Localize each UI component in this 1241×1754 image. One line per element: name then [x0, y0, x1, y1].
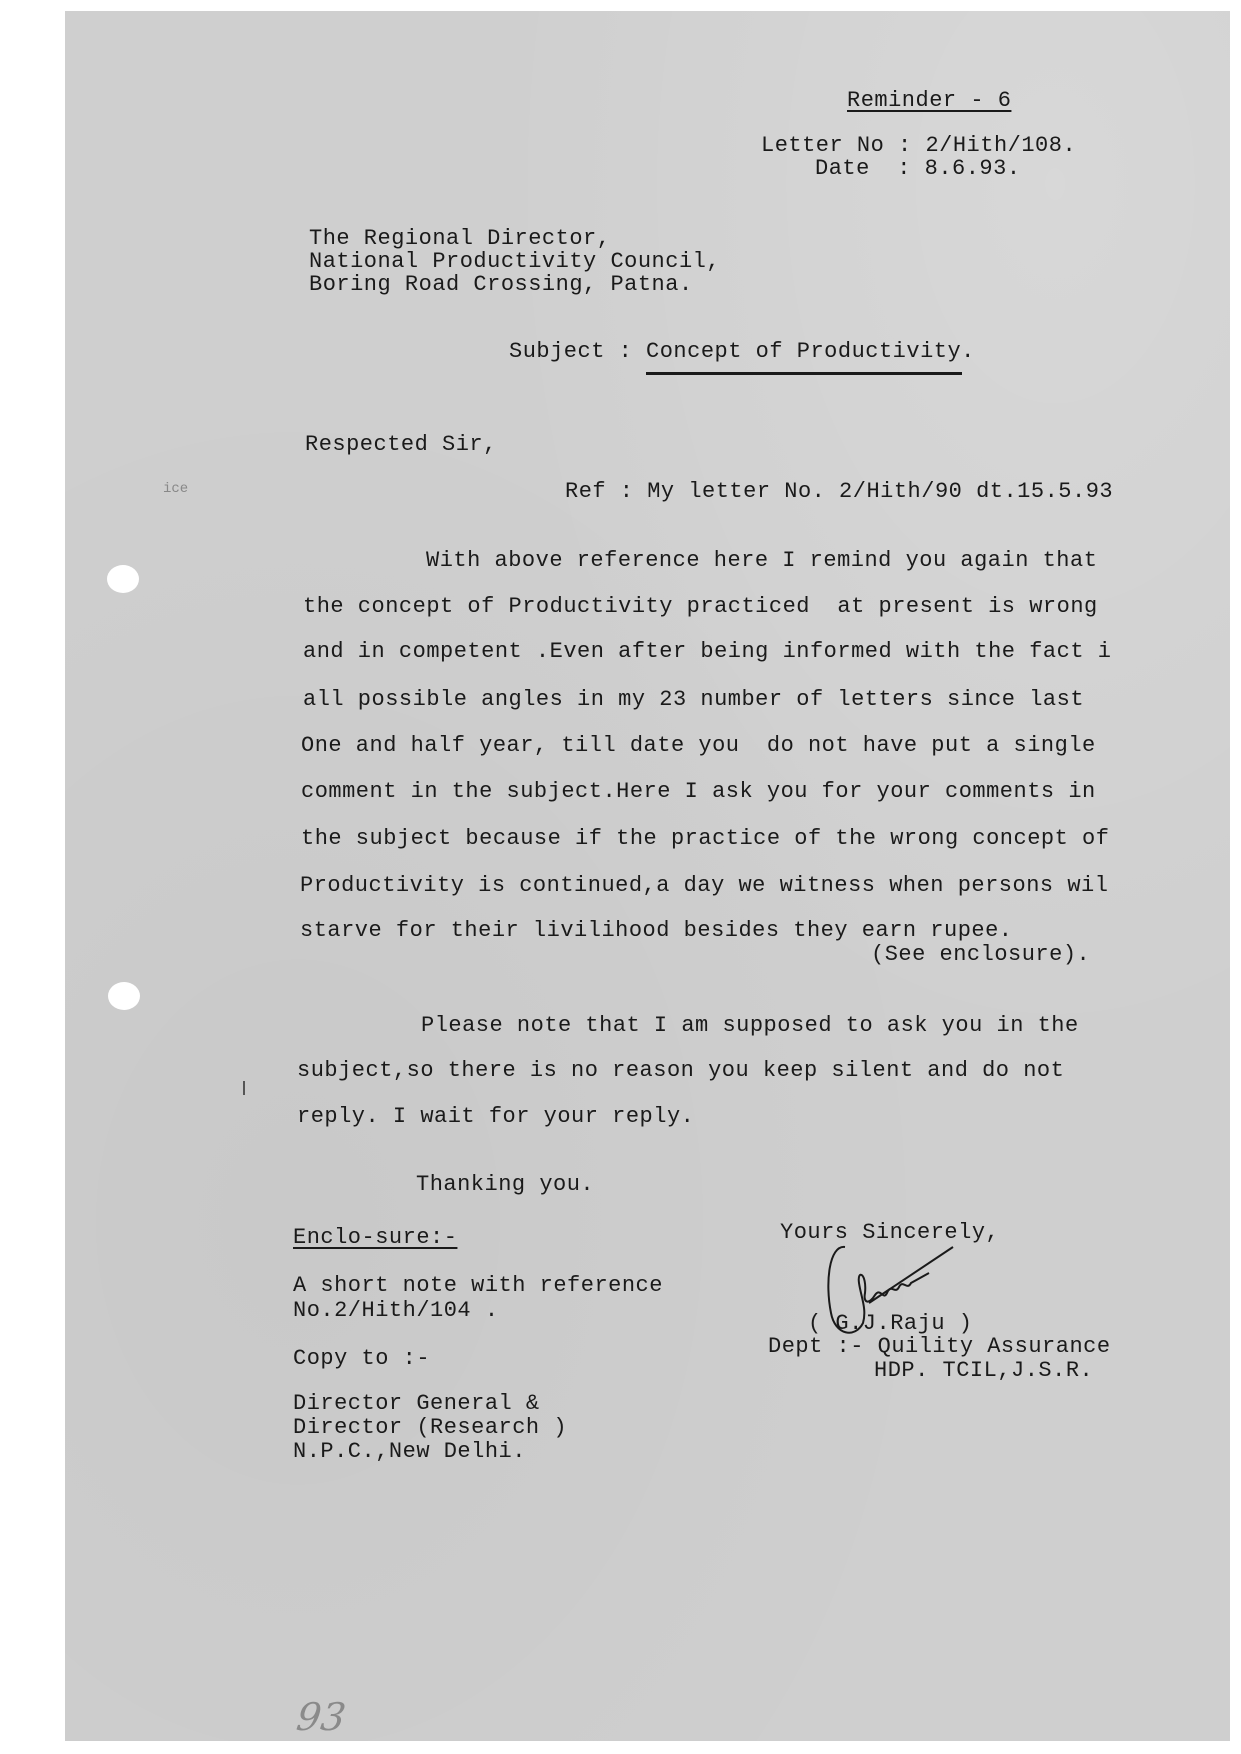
copy-to-label: Copy to :- — [293, 1346, 430, 1371]
copy-to-line-3: N.P.C.,New Delhi. — [293, 1439, 526, 1464]
paragraph-2-line-2: subject,so there is no reason you keep s… — [297, 1058, 1064, 1083]
copy-to-line-1: Director General & — [293, 1391, 540, 1416]
subject-value: Concept of Productivity. — [646, 339, 975, 364]
enclosure-label: Enclo-sure:- — [293, 1225, 457, 1250]
letter-date: Date : 8.6.93. — [815, 156, 1021, 181]
paragraph-1-line-3: and in competent .Even after being infor… — [303, 639, 1111, 664]
signatory-name: ( G.J.Raju ) — [808, 1311, 972, 1336]
enclosure-line-1: A short note with reference — [293, 1273, 663, 1298]
paragraph-1-line-8: Productivity is continued,a day we witne… — [300, 873, 1108, 898]
closing: Thanking you. — [416, 1172, 594, 1197]
margin-mark: ice — [163, 481, 188, 497]
salutation: Respected Sir, — [305, 432, 497, 457]
paragraph-1-line-2: the concept of Productivity practiced at… — [303, 594, 1098, 619]
see-enclosure-note: (See enclosure). — [871, 942, 1090, 967]
paragraph-2-line-3: reply. I wait for your reply. — [297, 1104, 694, 1129]
reference-value: My letter No. 2/Hith/90 dt.15.5.93 — [647, 479, 1113, 504]
reference-label: Ref — [565, 479, 606, 504]
enclosure-line-2: No.2/Hith/104 . — [293, 1298, 499, 1323]
paragraph-1-line-6: comment in the subject.Here I ask you fo… — [301, 779, 1096, 804]
subject-label: Subject — [509, 339, 605, 364]
subject-underline — [646, 372, 962, 375]
letter-no-label: Letter No — [761, 133, 884, 158]
date-value: 8.6.93. — [925, 156, 1021, 181]
signatory-organization: HDP. TCIL,J.S.R. — [874, 1358, 1093, 1383]
copy-to-line-2: Director (Research ) — [293, 1415, 567, 1440]
recipient-line-1: The Regional Director, — [309, 226, 610, 251]
recipient-line-2: National Productivity Council, — [309, 249, 720, 274]
margin-tick — [243, 1081, 245, 1095]
punch-hole-bottom — [108, 982, 140, 1010]
paragraph-1-line-9: starve for their livilihood besides they… — [300, 918, 1013, 943]
valediction: Yours Sincerely, — [780, 1220, 999, 1245]
letter-no-value: 2/Hith/108. — [925, 133, 1076, 158]
signatory-department: Dept :- Quility Assurance — [768, 1334, 1111, 1359]
paragraph-2-line-1: Please note that I am supposed to ask yo… — [421, 1013, 1079, 1038]
paragraph-1-line-1: With above reference here I remind you a… — [426, 548, 1097, 573]
paragraph-1-line-4: all possible angles in my 23 number of l… — [303, 687, 1084, 712]
letter-page: ice Reminder - 6 Letter No : 2/Hith/108.… — [65, 11, 1230, 1741]
date-label: Date — [815, 156, 870, 181]
letter-number: Letter No : 2/Hith/108. — [761, 133, 1076, 158]
reminder-label: Reminder - 6 — [847, 88, 1011, 113]
reference-line: Ref : My letter No. 2/Hith/90 dt.15.5.93 — [565, 479, 1113, 504]
recipient-line-3: Boring Road Crossing, Patna. — [309, 272, 693, 297]
punch-hole-top — [107, 565, 139, 593]
paragraph-1-line-7: the subject because if the practice of t… — [301, 826, 1109, 851]
handwritten-page-number: 93 — [294, 1695, 349, 1739]
subject-line: Subject : Concept of Productivity. — [509, 339, 975, 364]
paragraph-1-line-5: One and half year, till date you do not … — [301, 733, 1096, 758]
